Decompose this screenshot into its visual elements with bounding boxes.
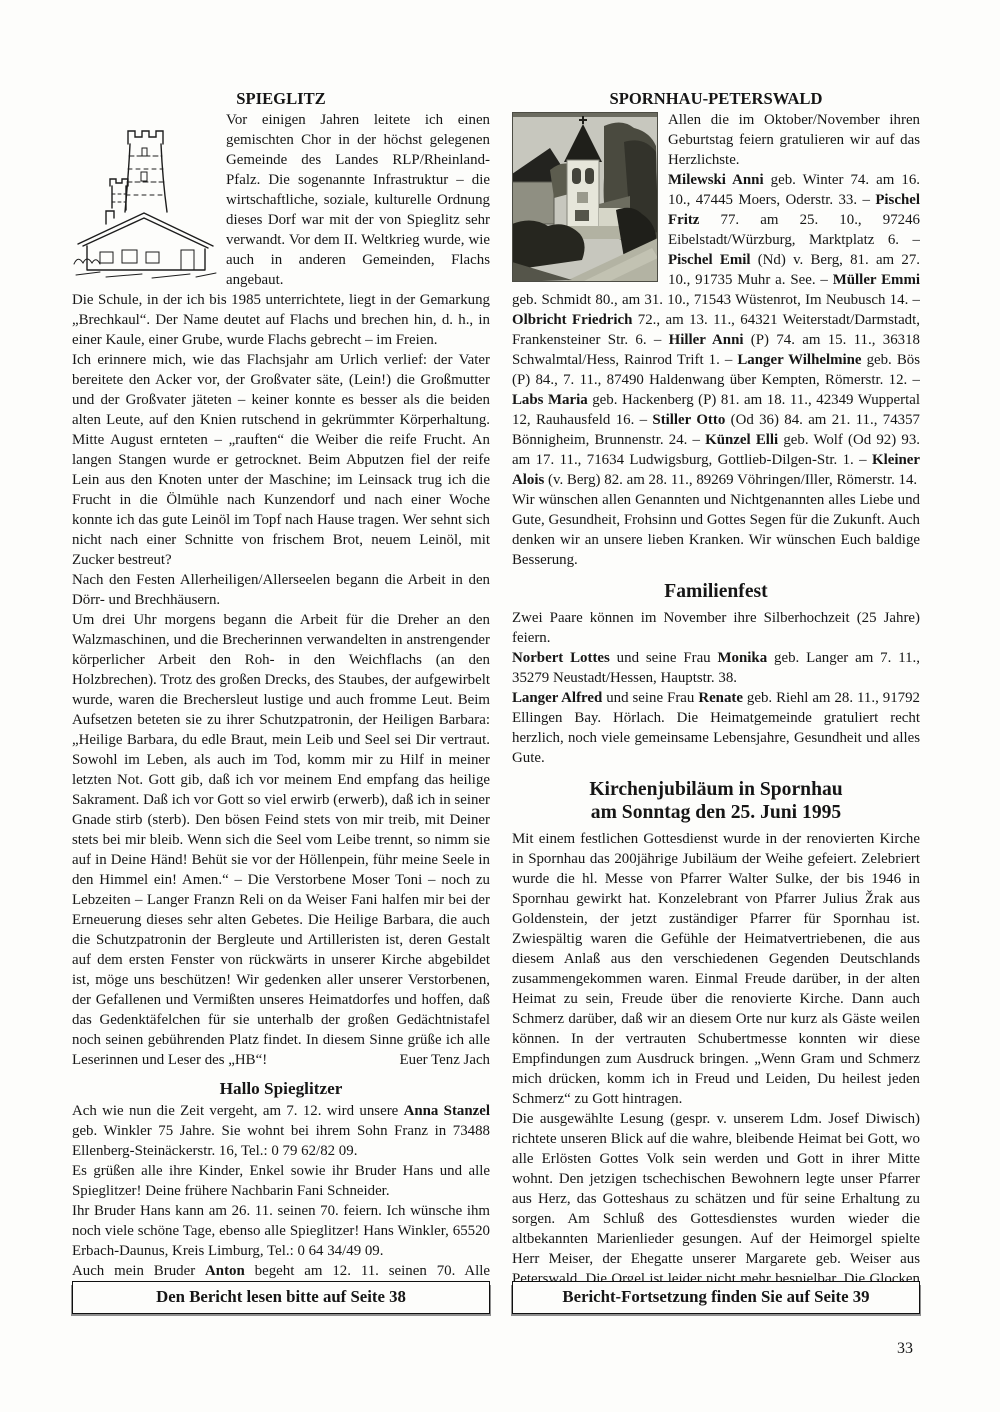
columns: SPIEGLITZ: [72, 88, 920, 1314]
section-title-kirchenjubilaeum-line2: am Sonntag den 25. Juni 1995: [512, 801, 920, 824]
paragraph: Norbert Lottes und seine Frau Monika geb…: [512, 648, 920, 688]
page-number: 33: [897, 1340, 913, 1358]
signature: Euer Tenz Jach: [400, 1050, 490, 1070]
paragraph: Mit einem festlichen Gottesdienst wurde …: [512, 829, 920, 1109]
paragraph: Um drei Uhr morgens begann die Arbeit fü…: [72, 610, 490, 1070]
paragraph: Ihr Bruder Hans kann am 26. 11. seinen 7…: [72, 1201, 490, 1261]
paragraph: Die Schule, in der ich bis 1985 unterric…: [72, 290, 490, 350]
paragraph: Auch mein Bruder Anton begeht am 12. 11.…: [72, 1261, 490, 1281]
right-column-text: SPORNHAU-PETERSWALD: [512, 88, 920, 1281]
paragraph: Wir wünschen allen Genannten und Nichtge…: [512, 490, 920, 570]
paragraph: Langer Alfred und seine Frau Renate geb.…: [512, 688, 920, 768]
tower-illustration: [72, 112, 220, 282]
tower-illustration-svg: [72, 112, 220, 282]
section-title-spieglitz: SPIEGLITZ: [72, 88, 490, 109]
section-title-familienfest: Familienfest: [512, 580, 920, 604]
see-page-39-label: Bericht-Fortsetzung finden Sie auf Seite…: [562, 1287, 869, 1306]
left-column-text: SPIEGLITZ: [72, 88, 490, 1281]
section-title-spornhau-peterswald: SPORNHAU-PETERSWALD: [512, 88, 920, 109]
see-page-39-box: Bericht-Fortsetzung finden Sie auf Seite…: [512, 1281, 920, 1314]
see-page-38-box: Den Bericht lesen bitte auf Seite 38: [72, 1281, 490, 1314]
kirchenjubilaeum-paragraphs: Mit einem festlichen Gottesdienst wurde …: [512, 829, 920, 1281]
church-photo: [512, 112, 658, 282]
paragraph: Ach wie nun die Zeit vergeht, am 7. 12. …: [72, 1101, 490, 1161]
paragraph: Ich erinnere mich, wie das Flachsjahr am…: [72, 350, 490, 570]
right-column: SPORNHAU-PETERSWALD: [512, 88, 920, 1314]
section-title-hallo-spieglitzer: Hallo Spieglitzer: [72, 1078, 490, 1100]
section-title-kirchenjubilaeum-line1: Kirchenjubiläum in Spornhau: [512, 778, 920, 801]
hallo-spieglitzer-paragraphs: Ach wie nun die Zeit vergeht, am 7. 12. …: [72, 1101, 490, 1281]
paragraph: Nach den Festen Allerheiligen/Allerseele…: [72, 570, 490, 610]
church-photo-svg: [512, 112, 658, 282]
see-page-38-label: Den Bericht lesen bitte auf Seite 38: [156, 1287, 406, 1306]
familienfest-paragraphs: Zwei Paare können im November ihre Silbe…: [512, 608, 920, 768]
newsletter-page: SPIEGLITZ: [0, 0, 1000, 1412]
paragraph: Zwei Paare können im November ihre Silbe…: [512, 608, 920, 648]
left-column: SPIEGLITZ: [72, 88, 490, 1314]
paragraph: Es grüßen alle ihre Kinder, Enkel sowie …: [72, 1161, 490, 1201]
paragraph: Die ausgewählte Lesung (gespr. v. unsere…: [512, 1109, 920, 1281]
